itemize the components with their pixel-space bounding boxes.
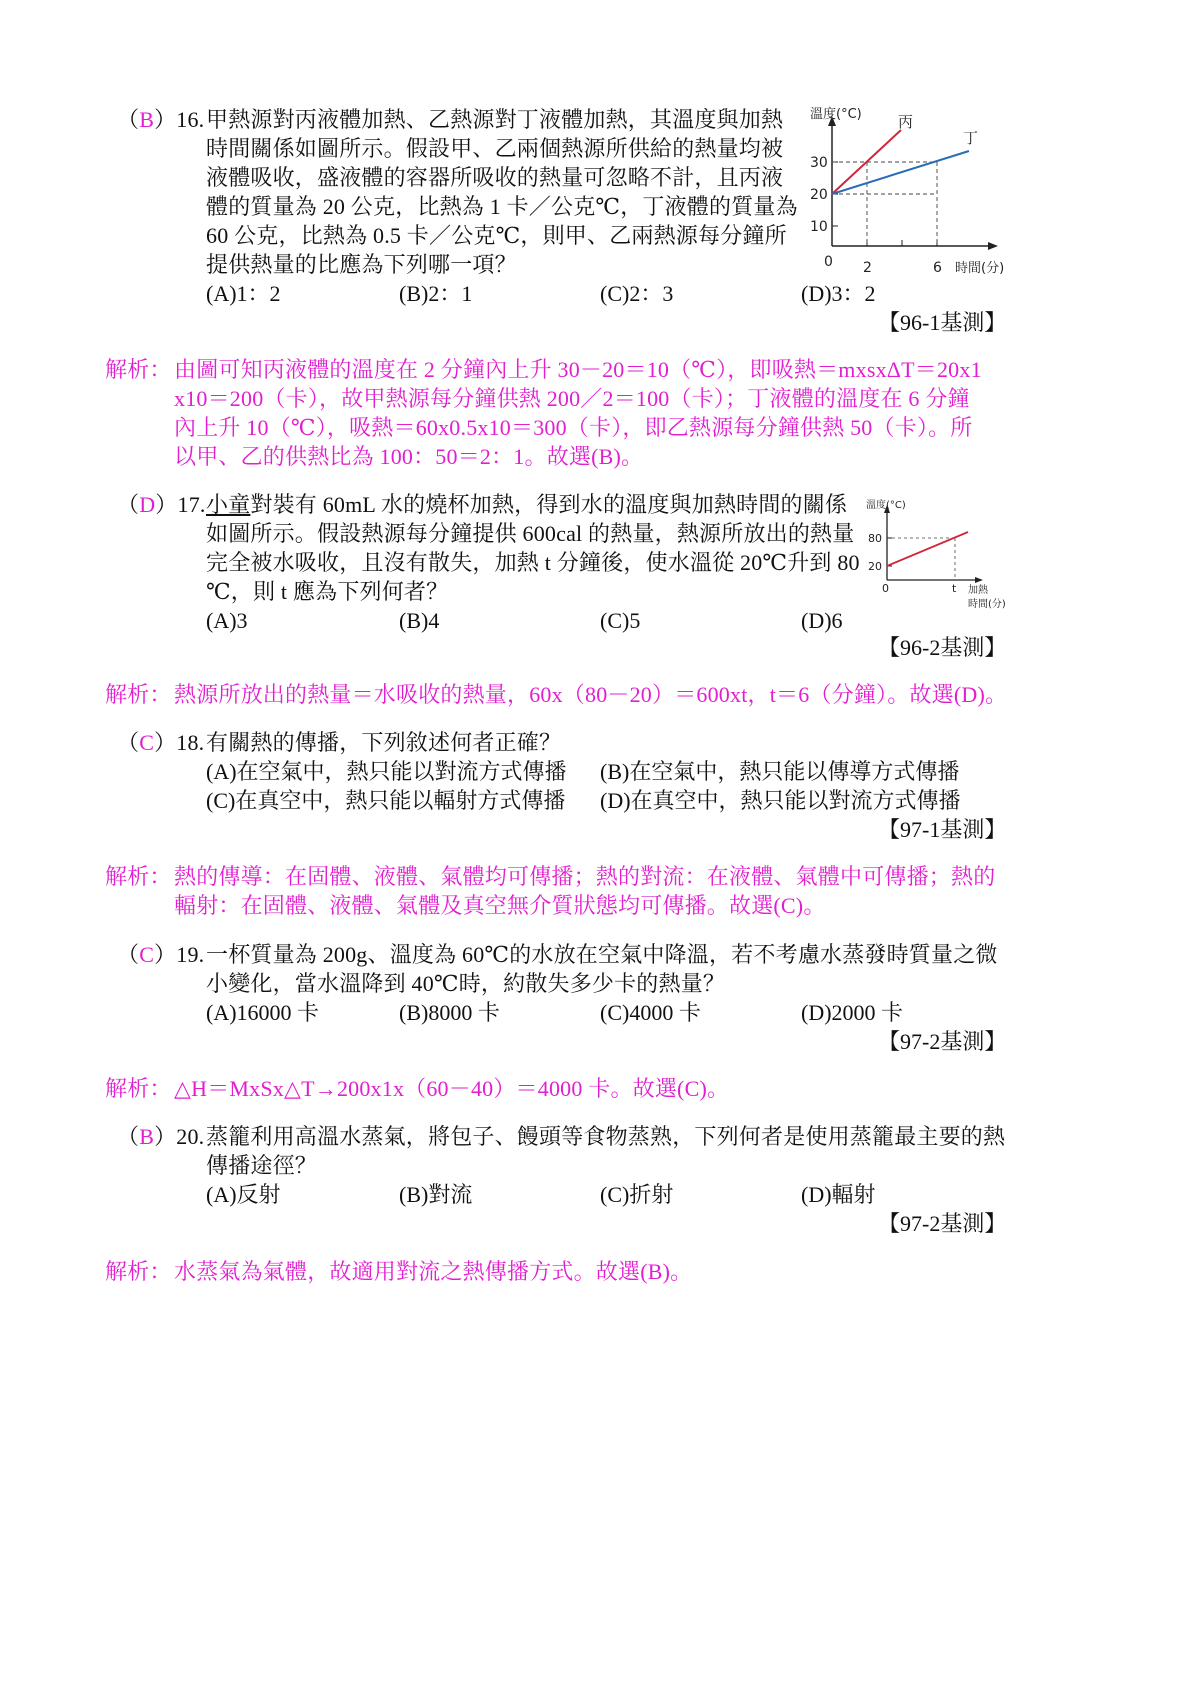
question-text-line: 蒸籠利用高溫水蒸氣，將包子、饅頭等食物蒸熟，下列何者是使用蒸籠最主要的熱: [206, 1122, 1005, 1152]
analysis-line: 以甲、乙的供熱比為 100：50＝2：1。故選(B)。: [174, 442, 643, 472]
x-axis-label: 時間(分): [968, 597, 1006, 610]
question-text-line: 如圖所示。假設熱源每分鐘提供 600cal 的熱量，熱源所放出的熱量: [206, 519, 854, 549]
x-axis-label: 加熱: [968, 583, 989, 596]
question-text-line: 液體吸收，盛液體的容器所吸收的熱量可忽略不計，且丙液: [206, 163, 783, 193]
question-text-line: 提供熱量的比應為下列哪一項？: [206, 250, 517, 280]
y-axis-label: 溫度(°C): [810, 106, 862, 122]
option-c: (C)4000 卡: [600, 998, 701, 1028]
question-number: 20.: [176, 1124, 204, 1149]
option-d: (D)2000 卡: [801, 998, 903, 1028]
answer-badge: B: [139, 1124, 154, 1149]
option-d: (D)6: [801, 606, 843, 636]
person-name: 小童: [206, 492, 250, 517]
option-b: (B)4: [399, 606, 439, 636]
question-text-line: 小童對裝有 60mL 水的燒杯加熱，得到水的溫度與加熱時間的關係: [206, 490, 847, 520]
option-b: (B)在空氣中，熱只能以傳導方式傳播: [600, 757, 959, 787]
question-17-header: （D）17.: [117, 490, 206, 520]
question-text-line: 時間關係如圖所示。假設甲、乙兩個熱源所供給的熱量均被: [206, 134, 783, 164]
figure-17-chart: 溫度(°C) 80 20 0 t 加熱 時間(分): [860, 490, 1020, 615]
answer-badge: D: [139, 492, 155, 517]
series-label-ding: 丁: [963, 129, 978, 147]
x-axis-arrow-icon: [975, 577, 983, 583]
analysis-label: 解析：: [105, 680, 172, 710]
origin-label: 0: [824, 254, 833, 270]
analysis-line: 由圖可知丙液體的溫度在 2 分鐘內上升 30－20＝10（℃），即吸熱＝mxsx…: [174, 355, 982, 385]
question-number: 19.: [176, 942, 204, 967]
y-tick: 10: [810, 219, 828, 235]
option-c: (C)5: [600, 606, 640, 636]
x-tick: t: [952, 582, 957, 595]
analysis-line: 熱的傳導：在固體、液體、氣體均可傳播；熱的對流：在液體、氣體中可傳播；熱的: [174, 862, 995, 892]
source-tag: 【97-2基測】: [878, 1209, 1006, 1239]
analysis-label: 解析：: [105, 355, 172, 385]
question-text-line: 60 公克，比熱為 0.5 卡／公克℃，則甲、乙兩熱源每分鐘所: [206, 221, 787, 251]
x-tick: 2: [863, 260, 872, 276]
answer-badge: C: [139, 942, 154, 967]
x-tick: 6: [933, 260, 942, 276]
source-tag: 【97-1基測】: [878, 815, 1006, 845]
question-text-line: 小變化，當水溫降到 40℃時，約散失多少卡的熱量？: [206, 969, 725, 999]
option-a: (A)在空氣中，熱只能以對流方式傳播: [206, 757, 567, 787]
figure-16-chart: 溫度(°C) 丙 丁 30 20 10 0 2 6 時間(分): [800, 100, 1030, 285]
question-number: 18.: [176, 730, 204, 755]
question-16-header: （B）16.: [117, 105, 204, 135]
y-tick: 20: [868, 560, 882, 573]
series-water-line: [887, 532, 968, 566]
option-b: (B)對流: [399, 1180, 472, 1210]
question-text-line: 一杯質量為 200g、溫度為 60℃的水放在空氣中降溫，若不考慮水蒸發時質量之微: [206, 940, 998, 970]
y-tick: 80: [868, 532, 882, 545]
x-axis-label: 時間(分): [955, 260, 1004, 276]
analysis-line: 內上升 10（℃），吸熱＝60x0.5x10＝300（卡），即乙熱源每分鐘供熱 …: [174, 413, 973, 443]
analysis-line: 水蒸氣為氣體，故適用對流之熱傳播方式。故選(B)。: [174, 1257, 692, 1287]
analysis-line: △H＝MxSx△T→200x1x（60－40）＝4000 卡。故選(C)。: [174, 1074, 729, 1104]
x-axis-arrow-icon: [988, 242, 998, 250]
option-a: (A)反射: [206, 1180, 281, 1210]
analysis-label: 解析：: [105, 1074, 172, 1104]
source-tag: 【96-2基測】: [878, 633, 1006, 663]
question-text-line: 完全被水吸收，且沒有散失，加熱 t 分鐘後，使水溫從 20℃升到 80: [206, 548, 860, 578]
question-number: 17.: [178, 492, 206, 517]
option-a: (A)1：2: [206, 279, 281, 309]
option-b: (B)8000 卡: [399, 998, 500, 1028]
option-b: (B)2：1: [399, 279, 472, 309]
analysis-label: 解析：: [105, 862, 172, 892]
question-text-line: 傳播途徑？: [206, 1151, 317, 1181]
answer-badge: C: [139, 730, 154, 755]
y-tick: 20: [810, 187, 828, 203]
analysis-line: 熱源所放出的熱量＝水吸收的熱量，60x（80－20）＝600xt，t＝6（分鐘）…: [174, 680, 1007, 710]
answer-badge: B: [139, 107, 154, 132]
option-c: (C)在真空中，熱只能以輻射方式傳播: [206, 786, 565, 816]
analysis-line: 輻射：在固體、液體、氣體及真空無介質狀態均可傳播。故選(C)。: [174, 891, 826, 921]
question-19-header: （C）19.: [117, 940, 204, 970]
option-a: (A)16000 卡: [206, 998, 319, 1028]
source-tag: 【96-1基測】: [878, 308, 1006, 338]
question-text-line: ℃，則 t 應為下列何者？: [206, 577, 448, 607]
question-18-header: （C）18.: [117, 728, 204, 758]
analysis-label: 解析：: [105, 1257, 172, 1287]
question-text-line: 甲熱源對丙液體加熱、乙熱源對丁液體加熱，其溫度與加熱: [206, 105, 783, 135]
option-c: (C)折射: [600, 1180, 673, 1210]
origin-label: 0: [882, 582, 889, 595]
question-20-header: （B）20.: [117, 1122, 204, 1152]
analysis-line: x10＝200（卡），故甲熱源每分鐘供熱 200／2＝100（卡）；丁液體的溫度…: [174, 384, 970, 414]
question-text-line: 有關熱的傳播，下列敘述何者正確？: [206, 728, 561, 758]
option-a: (A)3: [206, 606, 248, 636]
series-label-bing: 丙: [898, 113, 913, 131]
question-number: 16.: [176, 107, 204, 132]
question-text-line: 體的質量為 20 公克，比熱為 1 卡／公克℃，丁液體的質量為: [206, 192, 798, 222]
y-axis-label: 溫度(°C): [866, 498, 906, 511]
y-tick: 30: [810, 155, 828, 171]
option-c: (C)2：3: [600, 279, 673, 309]
option-d: (D)輻射: [801, 1180, 876, 1210]
source-tag: 【97-2基測】: [878, 1027, 1006, 1057]
option-d: (D)在真空中，熱只能以對流方式傳播: [600, 786, 961, 816]
series-ding-line: [832, 151, 969, 194]
